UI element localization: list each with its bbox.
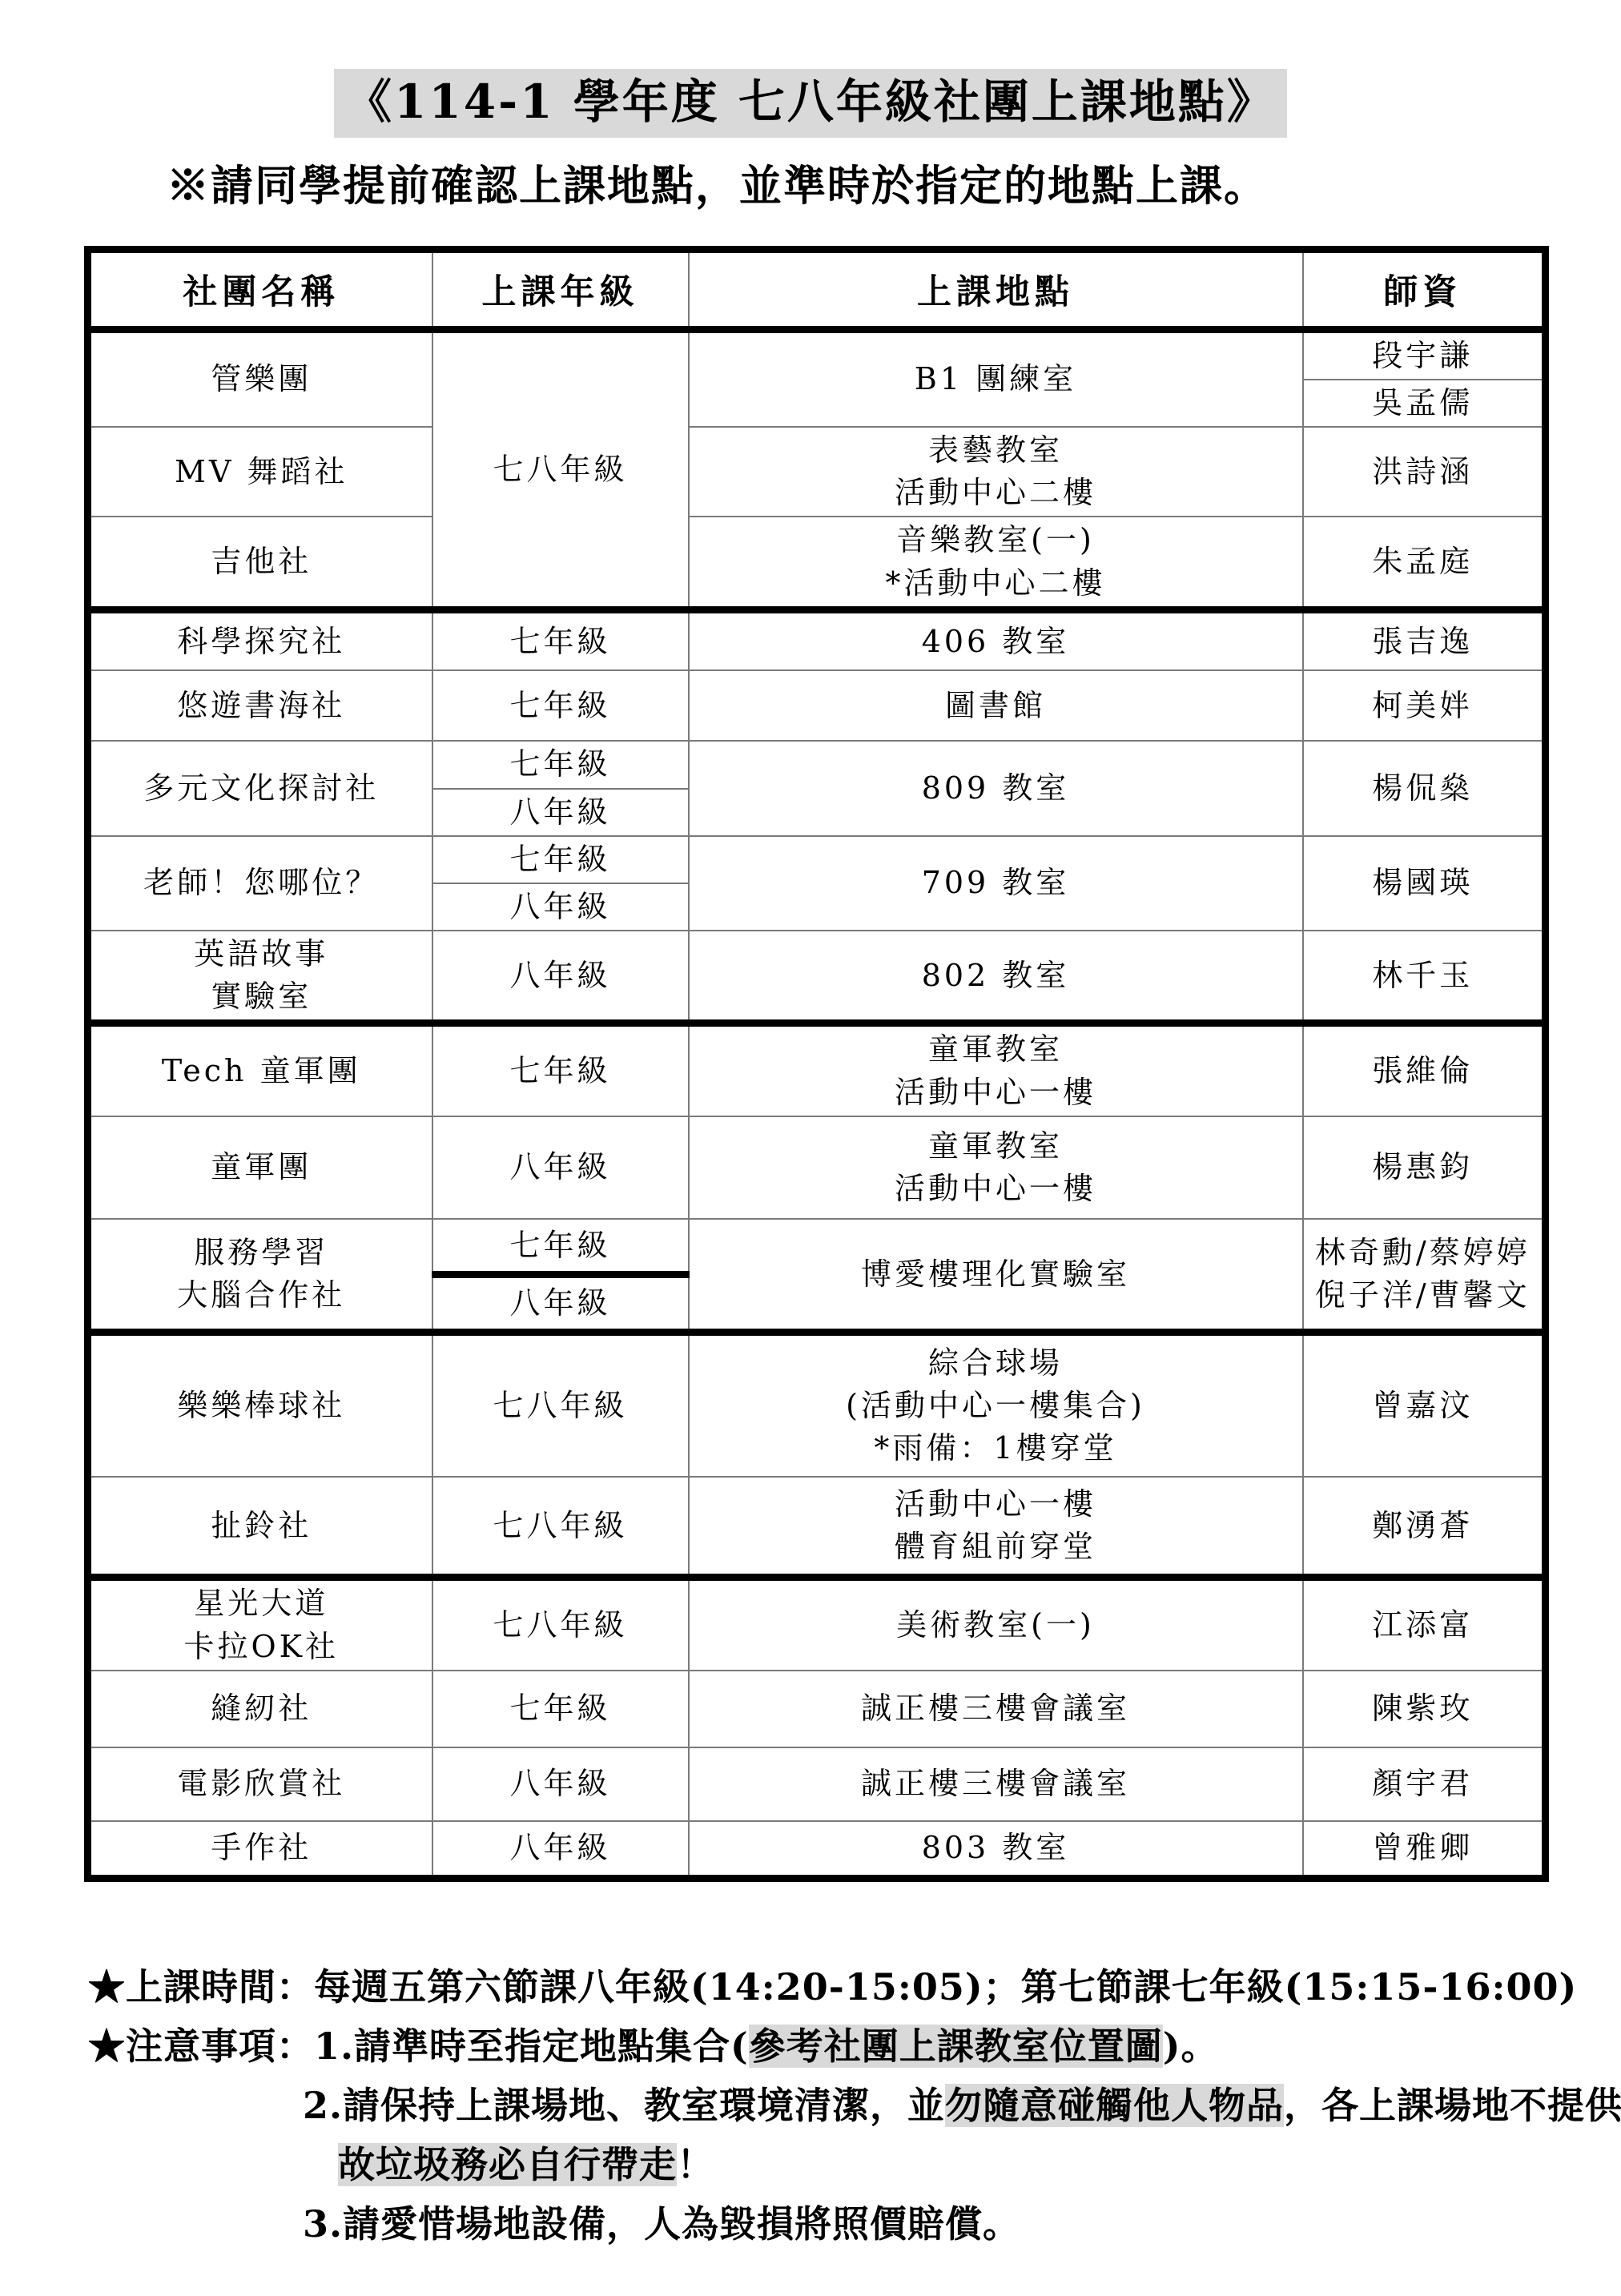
- table-cell: 活動中心一樓 體育組前穿堂: [689, 1477, 1303, 1578]
- table-cell: 悠遊書海社: [88, 670, 432, 741]
- table-cell: 709 教室: [689, 836, 1303, 931]
- table-cell: 顏宇君: [1303, 1747, 1546, 1821]
- table-cell: 綜合球場 (活動中心一樓集合) *雨備：1樓穿堂: [689, 1333, 1303, 1477]
- note-text: 請準時至指定地點集合(: [354, 2025, 749, 2068]
- note-text: 請保持上課場地、教室環境清潔，並: [343, 2084, 945, 2127]
- table-cell: 朱孟庭: [1303, 517, 1546, 609]
- table-cell: 曾雅卿: [1303, 1821, 1546, 1879]
- table-cell: 音樂教室(一) *活動中心二樓: [689, 517, 1303, 609]
- note-line-class-time: ★上課時間：每週五第六節課八年級(14:20-15:05)；第七節課七年級(15…: [88, 1959, 1554, 2015]
- note-highlighted-text: 勿隨意碰觸他人物品: [945, 2084, 1284, 2127]
- note-line-attention: ★注意事項：1.請準時至指定地點集合(參考社團上課教室位置圖)。: [88, 2018, 1554, 2074]
- table-cell: 英語故事 實驗室: [88, 931, 432, 1023]
- table-row: 縫紉社七年級誠正樓三樓會議室陳紫玫: [88, 1671, 1546, 1747]
- table-cell: 七年級: [432, 1219, 689, 1275]
- note-attention-label: ★注意事項：: [88, 2025, 314, 2068]
- table-cell: 809 教室: [689, 741, 1303, 835]
- table-row: Tech 童軍團七年級童軍教室 活動中心一樓張維倫: [88, 1023, 1546, 1116]
- note-item-3: 3.請愛惜場地設備，人為毀損將照價賠償。: [88, 2196, 1554, 2252]
- table-cell: B1 團練室: [689, 329, 1303, 427]
- table-body: 管樂團七八年級B1 團練室段宇謙吳孟儒MV 舞蹈社表藝教室 活動中心二樓洪詩涵吉…: [88, 329, 1546, 1879]
- note-text: ，各上課場地不提供垃圾桶，: [1284, 2084, 1621, 2127]
- table-cell: 博愛樓理化實驗室: [689, 1219, 1303, 1333]
- table-cell: 陳紫玫: [1303, 1671, 1546, 1747]
- title-row: 《114-1 學年度 七八年級社團上課地點》: [0, 0, 1621, 138]
- table-cell: 童軍教室 活動中心一樓: [689, 1116, 1303, 1219]
- table-cell: 扯鈴社: [88, 1477, 432, 1578]
- table-cell: 林奇勳/蔡婷婷 倪子洋/曹馨文: [1303, 1219, 1546, 1333]
- table-cell: 八年級: [432, 931, 689, 1023]
- note-item-number: 3.: [303, 2202, 343, 2246]
- table-cell: 楊國瑛: [1303, 836, 1546, 931]
- table-cell: 七年級: [432, 1023, 689, 1116]
- table-cell: 七八年級: [432, 329, 689, 609]
- table-cell: 手作社: [88, 1821, 432, 1879]
- table-cell: 美術教室(一): [689, 1578, 1303, 1671]
- table-cell: 七年級: [432, 670, 689, 741]
- table-header-row: 社團名稱上課年級上課地點師資: [88, 249, 1546, 329]
- table-cell: 八年級: [432, 883, 689, 931]
- table-row: 電影欣賞社八年級誠正樓三樓會議室顏宇君: [88, 1747, 1546, 1821]
- note-highlighted-text: 參考社團上課教室位置圖: [749, 2025, 1163, 2068]
- table-cell: 柯美姅: [1303, 670, 1546, 741]
- table-cell: 電影欣賞社: [88, 1747, 432, 1821]
- table-cell: 曾嘉汶: [1303, 1333, 1546, 1477]
- table-row: 童軍團八年級童軍教室 活動中心一樓楊惠鈞: [88, 1116, 1546, 1219]
- note-time-label: ★上課時間：: [88, 1965, 314, 2008]
- note-text: )。: [1163, 2025, 1219, 2068]
- column-header: 上課年級: [432, 249, 689, 329]
- table-cell: 406 教室: [689, 609, 1303, 670]
- table-cell: 七年級: [432, 1671, 689, 1747]
- table-cell: 七年級: [432, 609, 689, 670]
- table-cell: 八年級: [432, 1821, 689, 1879]
- table-cell: 童軍教室 活動中心一樓: [689, 1023, 1303, 1116]
- table-cell: 吳孟儒: [1303, 380, 1546, 427]
- table-row: 吉他社音樂教室(一) *活動中心二樓朱孟庭: [88, 517, 1546, 609]
- table-cell: 圖書館: [689, 670, 1303, 741]
- table-cell: 楊侃燊: [1303, 741, 1546, 835]
- note-text: ！: [677, 2143, 714, 2186]
- table-cell: 表藝教室 活動中心二樓: [689, 427, 1303, 517]
- table-cell: Tech 童軍團: [88, 1023, 432, 1116]
- table-cell: 星光大道 卡拉OK社: [88, 1578, 432, 1671]
- table-row: MV 舞蹈社表藝教室 活動中心二樓洪詩涵: [88, 427, 1546, 517]
- note-highlighted-text: 故垃圾務必自行帶走: [338, 2143, 677, 2186]
- table-row: 老師！您哪位？七年級709 教室楊國瑛: [88, 836, 1546, 883]
- table-row: 管樂團七八年級B1 團練室段宇謙: [88, 329, 1546, 380]
- table-cell: 八年級: [432, 789, 689, 836]
- table-cell: 童軍團: [88, 1116, 432, 1219]
- page-title: 《114-1 學年度 七八年級社團上課地點》: [334, 69, 1287, 138]
- table-row: 服務學習 大腦合作社七年級博愛樓理化實驗室林奇勳/蔡婷婷 倪子洋/曹馨文: [88, 1219, 1546, 1275]
- table-cell: 803 教室: [689, 1821, 1303, 1879]
- column-header: 上課地點: [689, 249, 1303, 329]
- note-item-number: 2.: [303, 2084, 343, 2127]
- table-row: 樂樂棒球社七八年級綜合球場 (活動中心一樓集合) *雨備：1樓穿堂曾嘉汶: [88, 1333, 1546, 1477]
- table-cell: 多元文化探討社: [88, 741, 432, 835]
- club-location-table: 社團名稱上課年級上課地點師資 管樂團七八年級B1 團練室段宇謙吳孟儒MV 舞蹈社…: [84, 246, 1549, 1883]
- table-cell: 老師！您哪位？: [88, 836, 432, 931]
- table-cell: MV 舞蹈社: [88, 427, 432, 517]
- note-text: 請愛惜場地設備，人為毀損將照價賠償。: [343, 2202, 1020, 2246]
- table-cell: 洪詩涵: [1303, 427, 1546, 517]
- table-row: 多元文化探討社七年級809 教室楊侃燊: [88, 741, 1546, 788]
- table-row: 星光大道 卡拉OK社七八年級美術教室(一)江添富: [88, 1578, 1546, 1671]
- table-cell: 科學探究社: [88, 609, 432, 670]
- table-cell: 七年級: [432, 836, 689, 883]
- table-row: 科學探究社七年級406 教室張吉逸: [88, 609, 1546, 670]
- table-row: 手作社八年級803 教室曾雅卿: [88, 1821, 1546, 1879]
- subtitle: ※請同學提前確認上課地點，並準時於指定的地點上課。: [167, 162, 1621, 211]
- table-cell: 服務學習 大腦合作社: [88, 1219, 432, 1333]
- notes-section: ★上課時間：每週五第六節課八年級(14:20-15:05)；第七節課七年級(15…: [88, 1959, 1554, 2252]
- note-item-1: 1.請準時至指定地點集合(參考社團上課教室位置圖)。: [314, 2025, 1219, 2068]
- table-cell: 楊惠鈞: [1303, 1116, 1546, 1219]
- table-cell: 鄭湧蒼: [1303, 1477, 1546, 1578]
- table-cell: 張吉逸: [1303, 609, 1546, 670]
- table-cell: 段宇謙: [1303, 329, 1546, 380]
- note-item-2: 2.請保持上課場地、教室環境清潔，並勿隨意碰觸他人物品，各上課場地不提供垃圾桶，: [88, 2077, 1554, 2133]
- note-item-number: 1.: [314, 2025, 354, 2068]
- table-row: 扯鈴社七八年級活動中心一樓 體育組前穿堂鄭湧蒼: [88, 1477, 1546, 1578]
- table-cell: 樂樂棒球社: [88, 1333, 432, 1477]
- table-cell: 七八年級: [432, 1333, 689, 1477]
- table-cell: 誠正樓三樓會議室: [689, 1671, 1303, 1747]
- table-cell: 802 教室: [689, 931, 1303, 1023]
- table-cell: 張維倫: [1303, 1023, 1546, 1116]
- table-cell: 江添富: [1303, 1578, 1546, 1671]
- table-cell: 吉他社: [88, 517, 432, 609]
- table-row: 英語故事 實驗室八年級802 教室林千玉: [88, 931, 1546, 1023]
- table-cell: 八年級: [432, 1275, 689, 1333]
- table-cell: 七年級: [432, 741, 689, 788]
- table-cell: 誠正樓三樓會議室: [689, 1747, 1303, 1821]
- table-cell: 八年級: [432, 1116, 689, 1219]
- note-item-2-continuation: 故垃圾務必自行帶走！: [88, 2137, 1554, 2193]
- column-header: 師資: [1303, 249, 1546, 329]
- table-cell: 八年級: [432, 1747, 689, 1821]
- table-row: 悠遊書海社七年級圖書館柯美姅: [88, 670, 1546, 741]
- table-cell: 縫紉社: [88, 1671, 432, 1747]
- note-time-text: 每週五第六節課八年級(14:20-15:05)；第七節課七年級(15:15-16…: [314, 1965, 1577, 2008]
- table-cell: 林千玉: [1303, 931, 1546, 1023]
- table-cell: 管樂團: [88, 329, 432, 427]
- table-cell: 七八年級: [432, 1477, 689, 1578]
- table-cell: 七八年級: [432, 1578, 689, 1671]
- column-header: 社團名稱: [88, 249, 432, 329]
- document-page: 《114-1 學年度 七八年級社團上課地點》 ※請同學提前確認上課地點，並準時於…: [0, 0, 1621, 2296]
